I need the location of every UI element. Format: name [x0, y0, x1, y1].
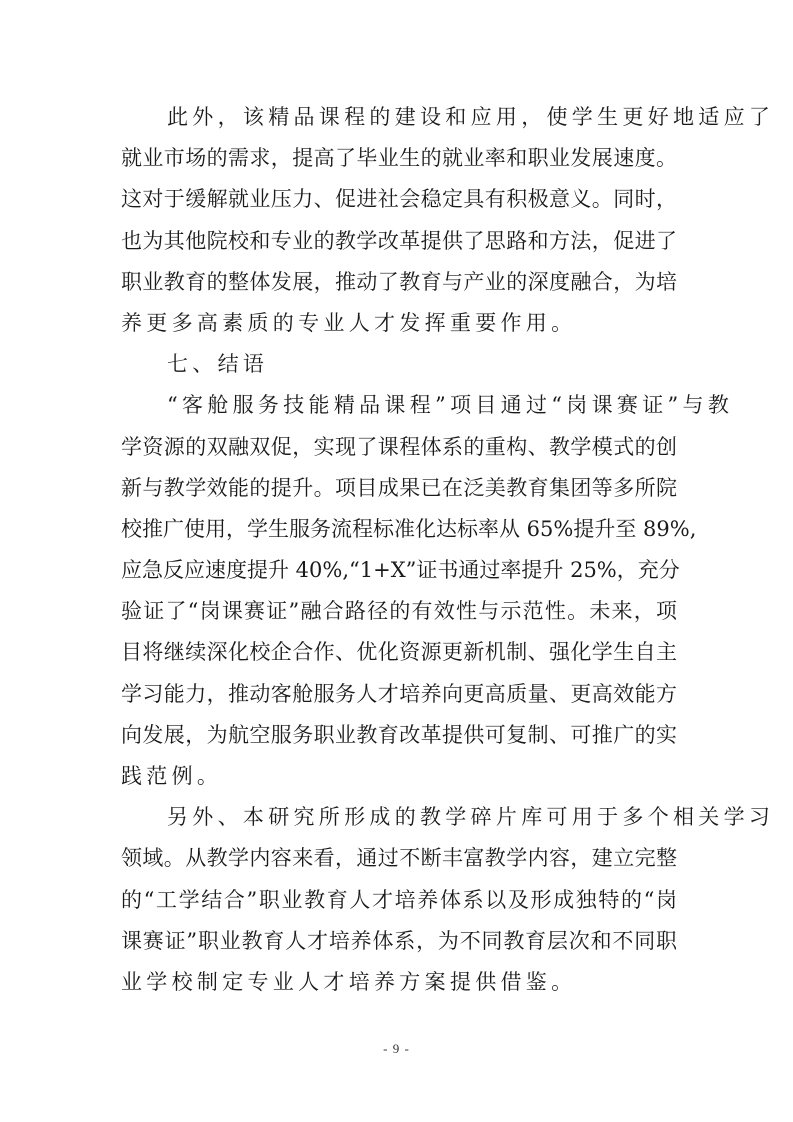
page-number: - 9 - [0, 1041, 793, 1057]
paragraph-line: 另外、本研究所形成的教学碎片库可用于多个相关学习 [121, 797, 677, 838]
paragraph-line: 业学校制定专业人才培养方案提供借鉴。 [121, 962, 677, 1003]
paragraph-line: 应急反应速度提升 40%,“1+X”证书通过率提升 25%，充分 [121, 550, 677, 591]
paragraph-line: 此外，该精品课程的建设和应用，使学生更好地适应了 [121, 97, 677, 138]
paragraph-line: 目将继续深化校企合作、优化资源更新机制、强化学生自主 [121, 632, 677, 673]
paragraph-line: 向发展，为航空服务职业教育改革提供可复制、可推广的实 [121, 715, 677, 756]
document-body: 此外，该精品课程的建设和应用，使学生更好地适应了 就业市场的需求，提高了毕业生的… [121, 97, 677, 1003]
paragraph-line: 验证了“岗课赛证”融合路径的有效性与示范性。未来，项 [121, 591, 677, 632]
paragraph-line: 也为其他院校和专业的教学改革提供了思路和方法，促进了 [121, 221, 677, 262]
paragraph-line: “客舱服务技能精品课程”项目通过“岗课赛证”与教 [121, 385, 677, 426]
section-heading: 七、结语 [121, 344, 677, 385]
paragraph-line: 校推广使用，学生服务流程标准化达标率从 65%提升至 89%, [121, 509, 677, 550]
paragraph-line: 领域。从教学内容来看，通过不断丰富教学内容，建立完整 [121, 838, 677, 879]
paragraph-line: 学资源的双融双促，实现了课程体系的重构、教学模式的创 [121, 427, 677, 468]
paragraph-line: 践范例。 [121, 756, 677, 797]
paragraph-line: 这对于缓解就业压力、促进社会稳定具有积极意义。同时， [121, 179, 677, 220]
document-page: 此外，该精品课程的建设和应用，使学生更好地适应了 就业市场的需求，提高了毕业生的… [0, 0, 793, 1122]
paragraph-line: 就业市场的需求，提高了毕业生的就业率和职业发展速度。 [121, 138, 677, 179]
paragraph-line: 养更多高素质的专业人才发挥重要作用。 [121, 303, 677, 344]
paragraph-line: 学习能力，推动客舱服务人才培养向更高质量、更高效能方 [121, 674, 677, 715]
paragraph-line: 新与教学效能的提升。项目成果已在泛美教育集团等多所院 [121, 468, 677, 509]
paragraph-line: 的“工学结合”职业教育人才培养体系以及形成独特的“岗 [121, 880, 677, 921]
paragraph-line: 课赛证”职业教育人才培养体系，为不同教育层次和不同职 [121, 921, 677, 962]
paragraph-line: 职业教育的整体发展，推动了教育与产业的深度融合，为培 [121, 262, 677, 303]
